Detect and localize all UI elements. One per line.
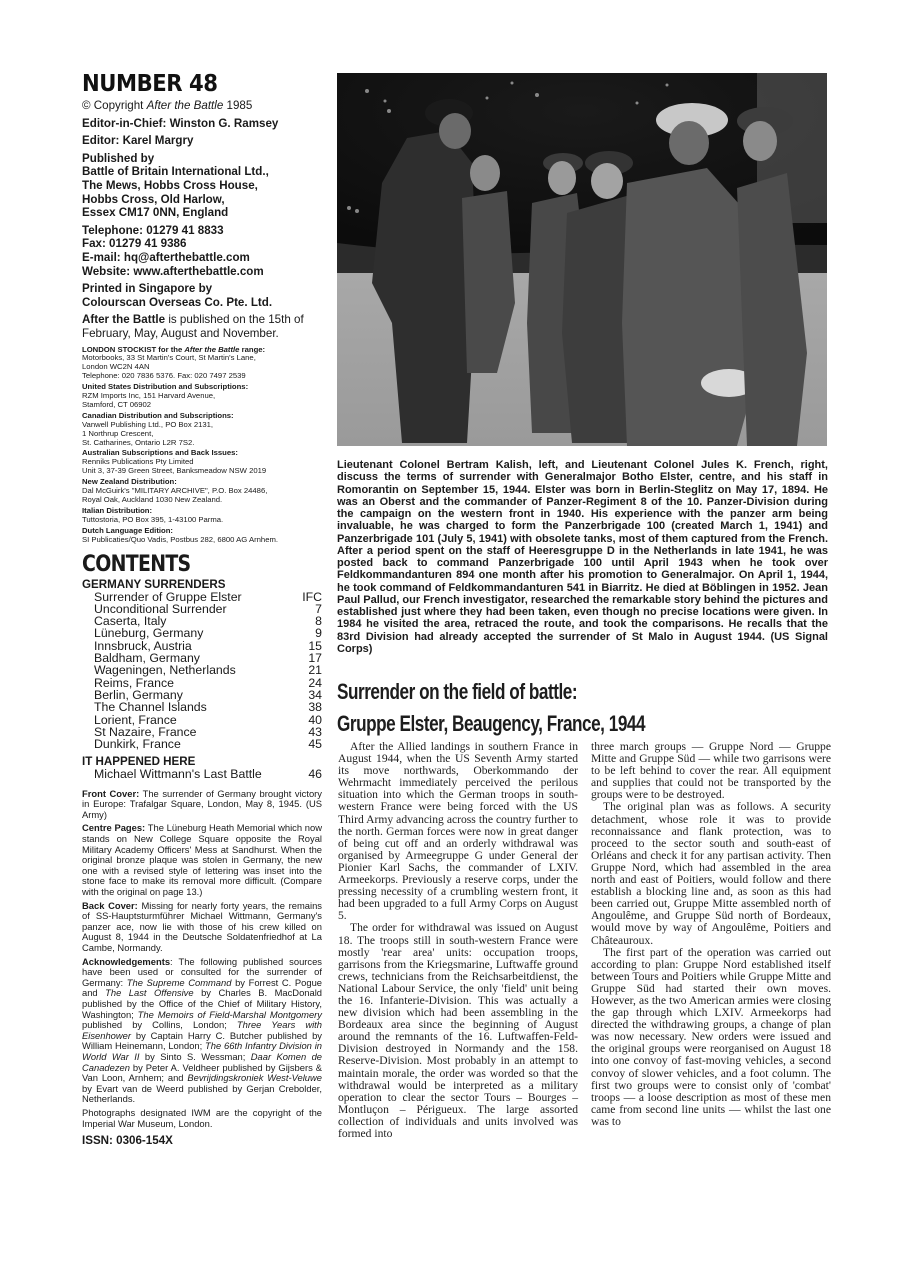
toc-entry[interactable]: Wageningen, Netherlands21 [82, 664, 322, 676]
table-of-contents: GERMANY SURRENDERS Surrender of Gruppe E… [82, 578, 322, 781]
toc-entry[interactable]: Michael Wittmann's Last Battle46 [82, 768, 322, 780]
masthead: © Copyright After the Battle 1985 Editor… [82, 99, 322, 341]
printer-block: Printed in Singapore by Colourscan Overs… [82, 282, 322, 309]
contact-block: Telephone: 01279 41 8833 Fax: 01279 41 9… [82, 224, 322, 278]
headline-line-1: Surrender on the field of battle: [337, 676, 720, 708]
toc-entry-title: Lorient, France [94, 714, 177, 726]
copyright-prefix: © Copyright [82, 99, 147, 112]
telephone: Telephone: 01279 41 8833 [82, 224, 224, 237]
publisher-line: Battle of Britain International Ltd., [82, 165, 269, 178]
toc-entry[interactable]: Dunkirk, France45 [82, 738, 322, 750]
toc-entry-page: 38 [292, 701, 322, 713]
toc-entry-title: Dunkirk, France [94, 738, 181, 750]
printer-line: Colourscan Overseas Co. Pte. Ltd. [82, 296, 272, 309]
iwm-copyright-note: Photographs designated IWM are the copyr… [82, 1108, 322, 1129]
publisher-block: Published by Battle of Britain Internati… [82, 152, 322, 220]
toc-entry-page: 21 [292, 664, 322, 676]
toc-entry[interactable]: The Channel Islands38 [82, 701, 322, 713]
article-paragraph: After the Allied landings in southern Fr… [338, 741, 578, 922]
editor-in-chief: Editor-in-Chief: Winston G. Ramsey [82, 117, 322, 131]
fax: Fax: 01279 41 9386 [82, 237, 186, 250]
publisher-line: Hobbs Cross, Old Harlow, [82, 193, 225, 206]
toc-entry-page: 9 [292, 627, 322, 639]
toc-entry-page: 40 [292, 714, 322, 726]
article-column-1: After the Allied landings in southern Fr… [338, 741, 578, 1140]
copyright-year: 1985 [223, 99, 252, 112]
distribution-entry: LONDON STOCKIST for the After the Battle… [82, 346, 322, 382]
toc-entry[interactable]: Lüneburg, Germany9 [82, 627, 322, 639]
distribution-list: LONDON STOCKIST for the After the Battle… [82, 346, 322, 545]
front-cover-note: Front Cover: The surrender of Germany br… [82, 789, 322, 821]
toc-entry-title: Wageningen, Netherlands [94, 664, 236, 676]
toc-entry-title: Lüneburg, Germany [94, 627, 203, 639]
distribution-entry: New Zealand Distribution: Dal McGuirk's … [82, 478, 322, 505]
toc-section-heading: GERMANY SURRENDERS [82, 578, 322, 591]
issue-number: NUMBER 48 [82, 72, 303, 96]
copyright-title: After the Battle [147, 99, 224, 112]
distribution-line: SI Publicaties/Quo Vadis, Postbus 282, 6… [82, 536, 322, 545]
surrender-photo [337, 73, 827, 446]
email-link[interactable]: E-mail: hq@afterthebattle.com [82, 251, 250, 264]
cover-notes: Front Cover: The surrender of Germany br… [82, 789, 322, 1129]
copyright-line: © Copyright After the Battle 1985 [82, 99, 322, 113]
article-column-2: three march groups — Gruppe Nord — Grupp… [591, 741, 831, 1128]
issn: ISSN: 0306-154X [82, 1134, 322, 1147]
distribution-entry: Canadian Distribution and Subscriptions:… [82, 412, 322, 448]
distribution-line: Telephone: 020 7836 5376. Fax: 020 7497 … [82, 372, 322, 381]
acknowledgements: Acknowledgements: The following publishe… [82, 957, 322, 1105]
headline-line-2: Gruppe Elster, Beaugency, France, 1944 [337, 708, 720, 740]
publication-schedule: After the Battle is published on the 15t… [82, 313, 322, 340]
publisher-line: The Mews, Hobbs Cross House, [82, 179, 258, 192]
toc-entry-page: IFC [292, 591, 322, 603]
website-link[interactable]: Website: www.afterthebattle.com [82, 265, 264, 278]
toc-entry-title: The Channel Islands [94, 701, 207, 713]
published-by-label: Published by [82, 152, 154, 165]
photo-caption: Lieutenant Colonel Bertram Kalish, left,… [337, 459, 828, 655]
distribution-entry: Australian Subscriptions and Back Issues… [82, 449, 322, 476]
schedule-title: After the Battle [82, 313, 165, 326]
left-sidebar: NUMBER 48 © Copyright After the Battle 1… [82, 72, 322, 1147]
toc-entry[interactable]: Surrender of Gruppe ElsterIFC [82, 591, 322, 603]
article-paragraph: The first part of the operation was carr… [591, 947, 831, 1128]
centre-pages-note: Centre Pages: The Lüneburg Heath Memoria… [82, 823, 322, 897]
distribution-line: Tuttostoria, PO Box 395, 1-43100 Parma. [82, 516, 322, 525]
distribution-line: Stamford, CT 06902 [82, 401, 322, 410]
publisher-line: Essex CM17 0NN, England [82, 206, 228, 219]
article-paragraph: The order for withdrawal was issued on A… [338, 922, 578, 1140]
printer-line: Printed in Singapore by [82, 282, 212, 295]
toc-entry-title: Michael Wittmann's Last Battle [94, 768, 262, 780]
article-paragraph: The original plan was as follows. A secu… [591, 801, 831, 946]
article-paragraph: three march groups — Gruppe Nord — Grupp… [591, 741, 831, 801]
distribution-line: Royal Oak, Auckland 1030 New Zealand. [82, 496, 322, 505]
distribution-line: Unit 3, 37-39 Green Street, Banksmeadow … [82, 467, 322, 476]
back-cover-note: Back Cover: Missing for nearly forty yea… [82, 901, 322, 954]
photo-image-icon [337, 73, 827, 446]
contents-title: CONTENTS [82, 553, 288, 577]
toc-entry-title: Surrender of Gruppe Elster [94, 591, 242, 603]
editor: Editor: Karel Margry [82, 134, 322, 148]
toc-entry[interactable]: Lorient, France40 [82, 714, 322, 726]
distribution-entry: Dutch Language Edition: SI Publicaties/Q… [82, 527, 322, 545]
distribution-entry: Italian Distribution: Tuttostoria, PO Bo… [82, 507, 322, 525]
article-headline: Surrender on the field of battle: Gruppe… [337, 676, 828, 740]
toc-entry-page: 46 [292, 768, 322, 780]
distribution-entry: United States Distribution and Subscript… [82, 383, 322, 410]
distribution-line: St. Catharines, Ontario L2R 7S2. [82, 439, 322, 448]
toc-entry-page: 45 [292, 738, 322, 750]
